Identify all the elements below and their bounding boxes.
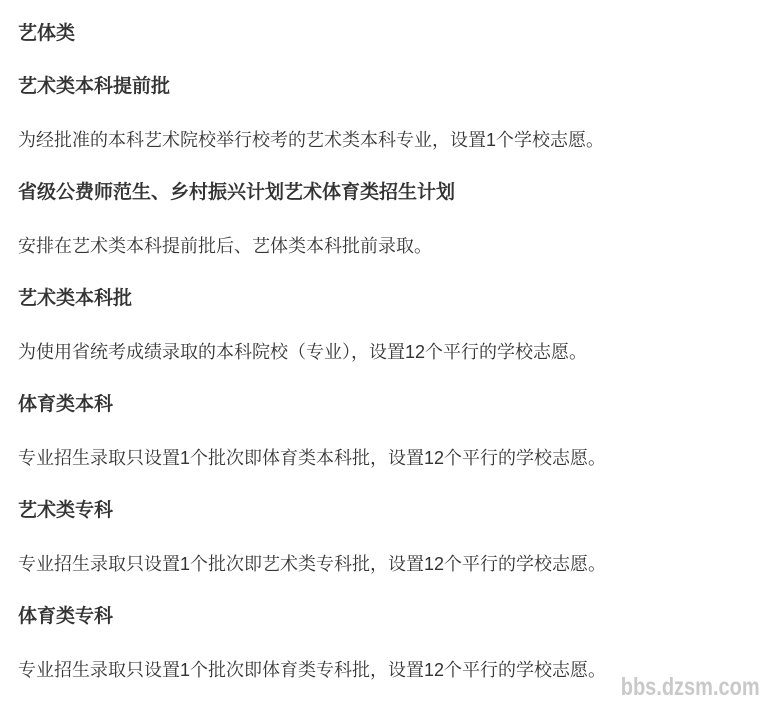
- paragraph-art-benkepi: 为使用省统考成绩录取的本科院校（专业），设置12个平行的学校志愿。: [18, 338, 748, 366]
- section-heading-gongfei-shifansheng: 省级公费师范生、乡村振兴计划艺术体育类招生计划: [18, 179, 748, 207]
- paragraph-sports-benke: 专业招生录取只设置1个批次即体育类本科批，设置12个平行的学校志愿。: [18, 444, 748, 472]
- article-body: 艺体类 艺术类本科提前批 为经批准的本科艺术院校举行校考的艺术类本科专业，设置1…: [18, 20, 748, 708]
- section-heading-sports-zhuanke: 体育类专科: [18, 603, 748, 631]
- section-heading-yitilei: 艺体类: [18, 20, 748, 48]
- section-heading-sports-benke: 体育类本科: [18, 391, 748, 419]
- section-heading-art-benke-tiqianpi: 艺术类本科提前批: [18, 73, 748, 101]
- paragraph-art-benke-tiqianpi: 为经批准的本科艺术院校举行校考的艺术类本科专业，设置1个学校志愿。: [18, 126, 748, 154]
- section-heading-art-zhuanke: 艺术类专科: [18, 497, 748, 525]
- paragraph-art-zhuanke: 专业招生录取只设置1个批次即艺术类专科批，设置12个平行的学校志愿。: [18, 550, 748, 578]
- site-watermark: bbs.dzsm.com: [621, 673, 760, 702]
- section-heading-art-benkepi: 艺术类本科批: [18, 285, 748, 313]
- paragraph-gongfei-shifansheng: 安排在艺术类本科提前批后、艺体类本科批前录取。: [18, 232, 748, 260]
